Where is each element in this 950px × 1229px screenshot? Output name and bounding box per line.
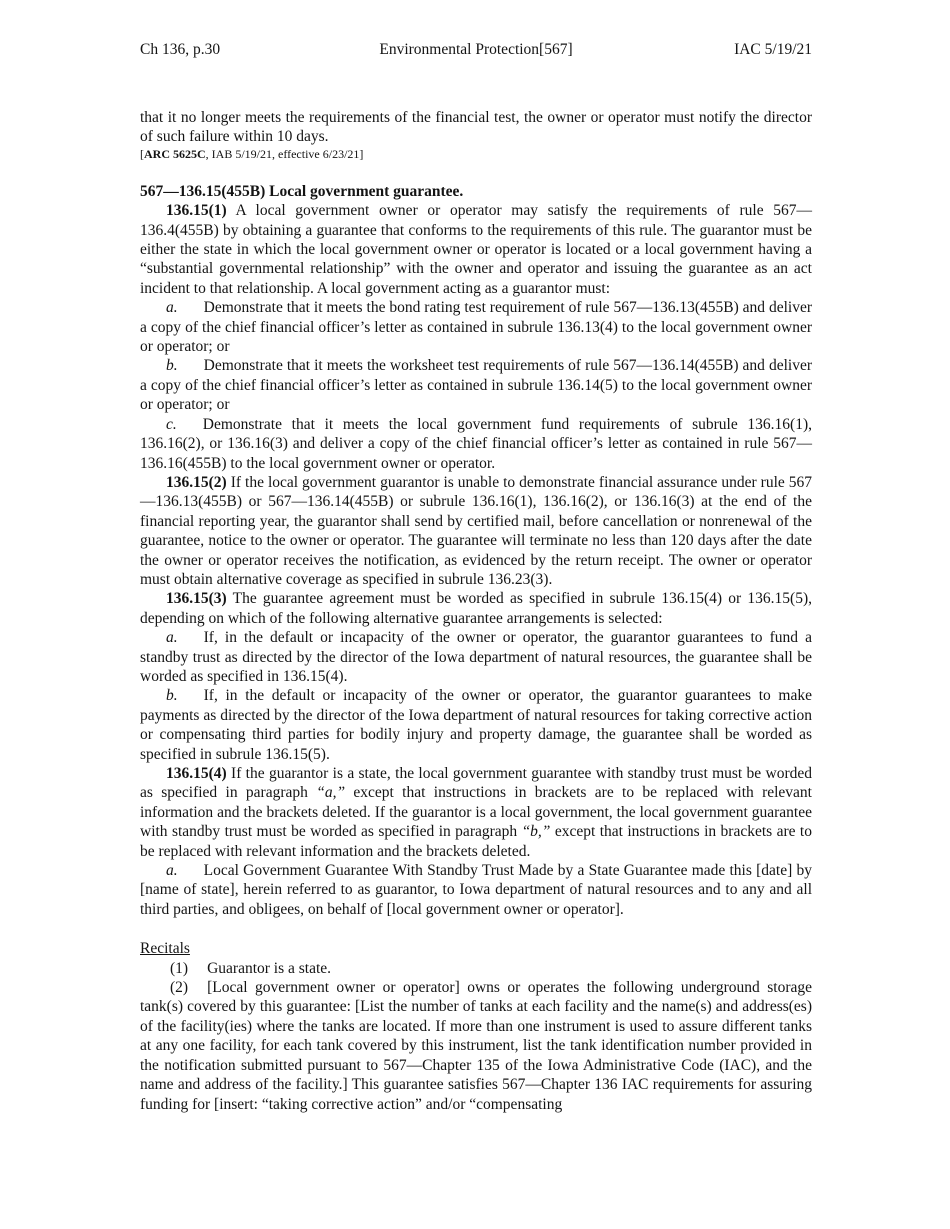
text-run: [Local government owner or operator] own… — [140, 979, 812, 1112]
text-run: 136.15(1) — [166, 202, 227, 219]
text-run: Demonstrate that it meets the bond ratin… — [140, 299, 812, 355]
item-a-bond-rating: a.Demonstrate that it meets the bond rat… — [140, 298, 812, 356]
text-run: 136.15(3) — [166, 590, 227, 607]
item-b-payments: b.If, in the default or incapacity of th… — [140, 686, 812, 764]
text-run: a. — [166, 299, 178, 316]
text-run: , IAB 5/19/21, effective 6/23/21] — [206, 147, 364, 161]
text-run: If the local government guarantor is una… — [140, 474, 812, 588]
text-run: (1) — [170, 960, 188, 977]
text-run: c. — [166, 416, 177, 433]
recital-1: (1)Guarantor is a state. — [140, 959, 812, 978]
text-run: If, in the default or incapacity of the … — [140, 687, 812, 762]
recital-2: (2)[Local government owner or operator] … — [140, 978, 812, 1114]
chapter-page-label: Ch 136, p.30 — [140, 40, 379, 59]
text-run: b. — [166, 357, 178, 374]
text-run: Demonstrate that it meets the local gove… — [140, 416, 812, 472]
page-header: Ch 136, p.30 Environmental Protection[56… — [140, 0, 812, 59]
iac-date-label: IAC 5/19/21 — [573, 40, 812, 59]
item-b-worksheet-test: b.Demonstrate that it meets the workshee… — [140, 356, 812, 414]
document-body: that it no longer meets the requirements… — [140, 108, 812, 1114]
text-run: 136.15(4) — [166, 765, 227, 782]
document-title: Environmental Protection[567] — [379, 40, 572, 59]
text-run: “a,” — [316, 784, 345, 801]
text-run: that it no longer meets the requirements… — [140, 109, 812, 145]
document-page: Ch 136, p.30 Environmental Protection[56… — [0, 0, 950, 1229]
recitals-heading: Recitals — [140, 939, 812, 958]
text-run: b. — [166, 687, 178, 704]
text-run: A local government owner or operator may… — [140, 202, 812, 297]
text-run: “b,” — [522, 823, 551, 840]
rule-heading: 567—136.15(455B) Local government guaran… — [140, 182, 812, 201]
text-run: Local Government Guarantee With Standby … — [140, 862, 812, 918]
arc-history-note: [ARC 5625C, IAB 5/19/21, effective 6/23/… — [140, 147, 812, 162]
text-run: Recitals — [140, 940, 190, 957]
subrule-136-15-4: 136.15(4) If the guarantor is a state, t… — [140, 764, 812, 861]
item-a-state-guarantee: a.Local Government Guarantee With Standb… — [140, 861, 812, 919]
text-run: 567—136.15(455B) Local government guaran… — [140, 183, 463, 200]
text-run: ARC 5625C — [144, 147, 206, 161]
text-run: The guarantee agreement must be worded a… — [140, 590, 812, 626]
subrule-136-15-2: 136.15(2) If the local government guaran… — [140, 473, 812, 589]
text-run: 136.15(2) — [166, 474, 227, 491]
text-run: If, in the default or incapacity of the … — [140, 629, 812, 685]
text-run: Guarantor is a state. — [207, 960, 331, 977]
subrule-136-15-3: 136.15(3) The guarantee agreement must b… — [140, 589, 812, 628]
text-run: (2) — [170, 979, 188, 996]
subrule-136-15-1: 136.15(1) A local government owner or op… — [140, 201, 812, 298]
text-run: a. — [166, 862, 178, 879]
text-run: a. — [166, 629, 178, 646]
text-run: Demonstrate that it meets the worksheet … — [140, 357, 812, 413]
item-a-standby-trust: a.If, in the default or incapacity of th… — [140, 628, 812, 686]
continuation-paragraph: that it no longer meets the requirements… — [140, 108, 812, 147]
item-c-local-government-fund: c.Demonstrate that it meets the local go… — [140, 415, 812, 473]
